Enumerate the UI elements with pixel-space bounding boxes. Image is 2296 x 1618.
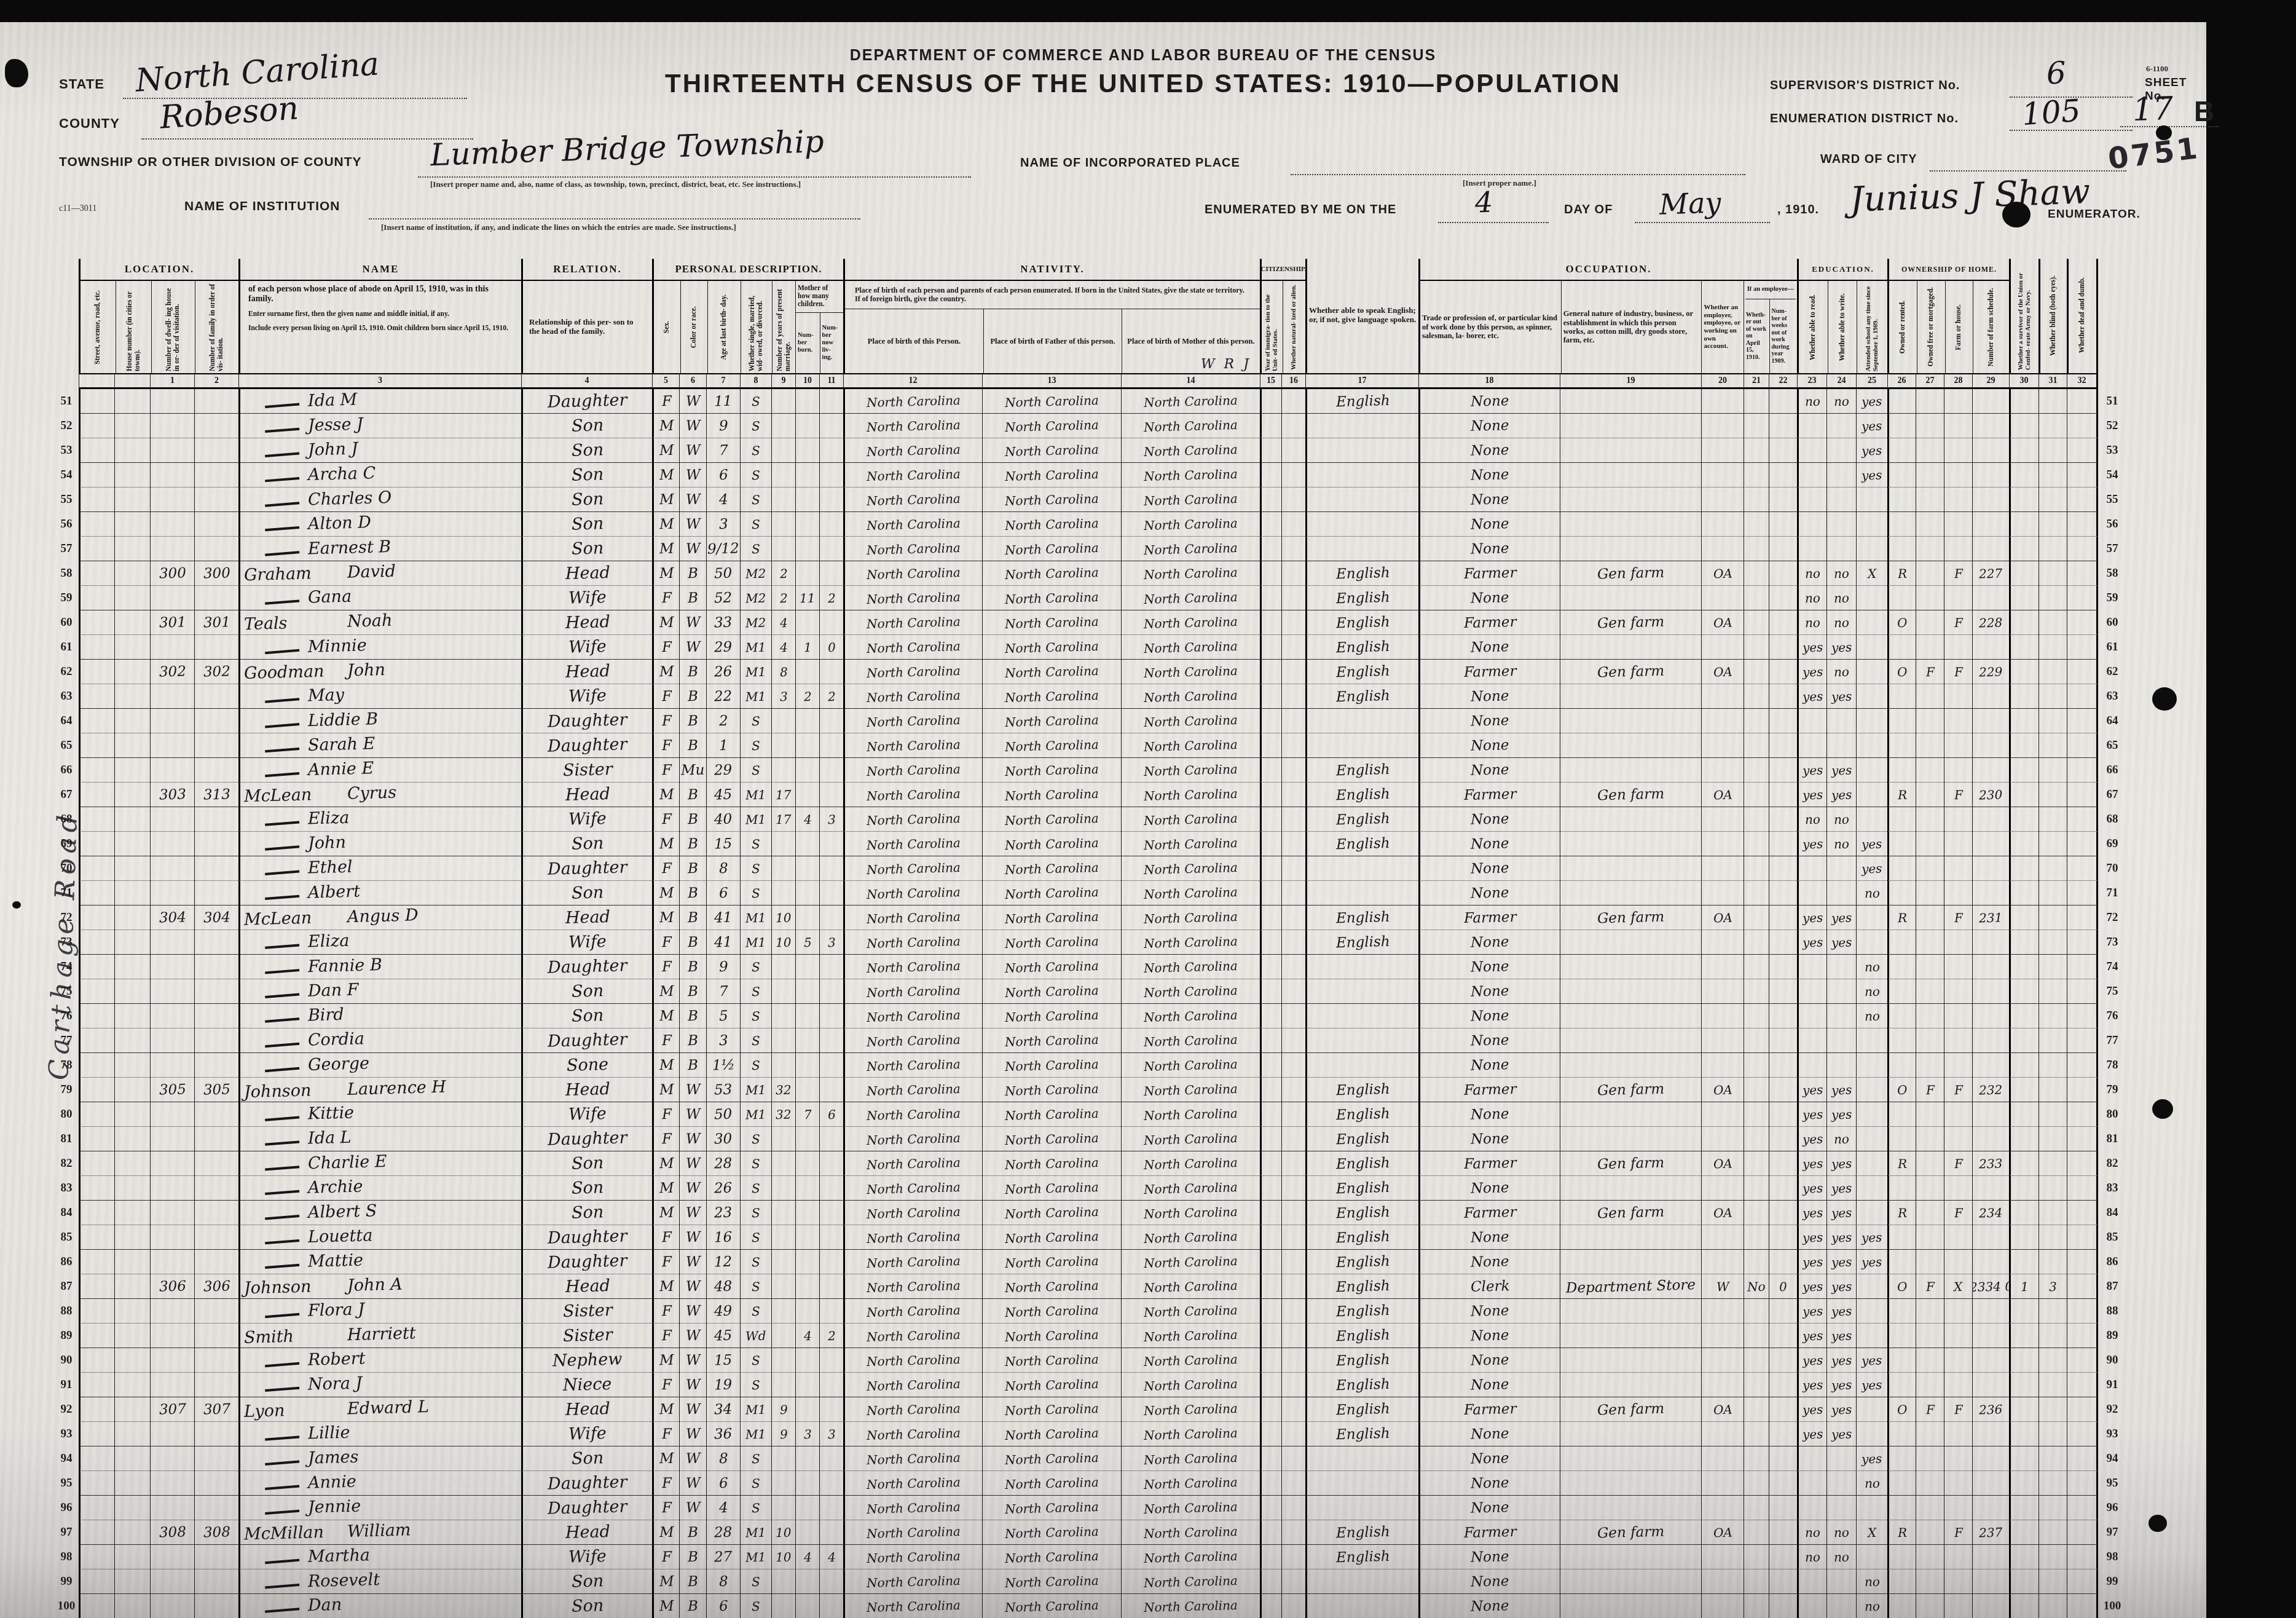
cell-value: 4 xyxy=(779,639,787,654)
cell-yrs xyxy=(771,1176,795,1201)
census-row: 53John JSonMW7SNorth CarolinaNorth Carol… xyxy=(54,438,2126,463)
cell-value: North Carolina xyxy=(1005,1573,1099,1590)
cell-sex: M xyxy=(652,1053,679,1078)
cell-ind xyxy=(1560,1102,1701,1127)
group-location: LOCATION. Street, avenue, road, etc. Hou… xyxy=(79,259,238,373)
cell-emp: W xyxy=(1701,1274,1744,1299)
cell-pf: North Carolina xyxy=(982,906,1121,930)
cell-cb: 7 xyxy=(795,1102,819,1127)
cell-bl xyxy=(2038,1151,2067,1176)
cell-value: F xyxy=(661,737,672,753)
cell-value: English xyxy=(1335,1204,1390,1221)
cell-value: Daughter xyxy=(548,956,627,977)
cell-value: M1 xyxy=(745,1402,766,1417)
cell-value: North Carolina xyxy=(867,1253,961,1271)
cell-deaf xyxy=(2067,1520,2098,1545)
cell-value: North Carolina xyxy=(1005,983,1099,1000)
cell-street xyxy=(79,1004,114,1028)
cell-wr: yes xyxy=(1826,1250,1856,1274)
cell-ow xyxy=(1744,1569,1769,1594)
cell-fam xyxy=(194,414,238,438)
line-number-right: 92 xyxy=(2098,1397,2126,1422)
cell-wr: no xyxy=(1826,807,1856,832)
cell-value: B xyxy=(688,909,699,925)
cell-cl xyxy=(819,758,843,783)
cell-trade: None xyxy=(1418,438,1560,463)
cell-pf: North Carolina xyxy=(982,512,1121,537)
cell-wk xyxy=(1769,1078,1797,1102)
cell-deaf xyxy=(2067,1569,2098,1594)
cell-nat xyxy=(1281,1274,1305,1299)
cell-fr xyxy=(1916,1028,1944,1053)
cell-wk xyxy=(1769,463,1797,487)
cell-value: 302 xyxy=(203,663,230,680)
table-body: 51Ida MDaughterFW11SNorth CarolinaNorth … xyxy=(54,389,2126,1618)
cell-nat xyxy=(1281,930,1305,955)
cell-lang: English xyxy=(1305,1274,1418,1299)
cell-value: North Carolina xyxy=(1005,885,1099,902)
census-row: 90RobertNephewMW15SNorth CarolinaNorth C… xyxy=(54,1348,2126,1373)
ditto-dash xyxy=(265,993,299,998)
sheet-letter: B xyxy=(2194,95,2215,128)
cell-sd xyxy=(1972,1250,2009,1274)
cell-ow xyxy=(1744,1176,1769,1201)
ditto-dash xyxy=(265,1017,299,1022)
cell-ow xyxy=(1744,487,1769,512)
cell-cb: 4 xyxy=(795,1324,819,1348)
cell-rd xyxy=(1797,955,1826,979)
cell-pm: North Carolina xyxy=(1121,733,1260,758)
cell-value: S xyxy=(752,1598,760,1613)
cell-house xyxy=(114,1446,150,1471)
cell-value: Farmer xyxy=(1463,614,1516,631)
cell-value: None xyxy=(1471,1303,1509,1320)
cell-deaf xyxy=(2067,512,2098,537)
line-number-right: 62 xyxy=(2098,660,2126,684)
cell-rel: Wife xyxy=(521,807,652,832)
cell-col: W xyxy=(679,537,706,561)
cell-cb xyxy=(795,1225,819,1250)
cell-value: North Carolina xyxy=(867,1598,961,1615)
cell-emp xyxy=(1701,389,1744,414)
surname: Johnson xyxy=(244,1276,348,1298)
cell-fr xyxy=(1916,1176,1944,1201)
cell-sd xyxy=(1972,733,2009,758)
column-number: 6 xyxy=(679,373,706,389)
cell-yrs xyxy=(771,881,795,906)
ditto-dash xyxy=(265,1067,299,1072)
cell-pob: North Carolina xyxy=(843,979,982,1004)
cell-value: 6 xyxy=(718,467,728,483)
cell-war xyxy=(2009,1594,2038,1618)
cell-sex: M xyxy=(652,1151,679,1176)
cell-value: yes xyxy=(1831,787,1852,802)
cell-own xyxy=(1887,1373,1916,1397)
cell-value: S xyxy=(752,1377,760,1392)
cell-wr xyxy=(1826,955,1856,979)
cell-value: yes xyxy=(1802,762,1823,778)
cell-deaf xyxy=(2067,1397,2098,1422)
cell-sd xyxy=(1972,1496,2009,1520)
cell-age: 50 xyxy=(706,561,740,586)
cell-fr xyxy=(1916,487,1944,512)
ditto-dash xyxy=(265,1584,299,1588)
column-number: 11 xyxy=(819,373,843,389)
cell-nat xyxy=(1281,684,1305,709)
given-name: Charlie E xyxy=(308,1152,387,1173)
cell-fh: F xyxy=(1944,1151,1972,1176)
cell-street xyxy=(79,1151,114,1176)
cell-dw: 306 xyxy=(150,1274,194,1299)
cell-sex: M xyxy=(652,1078,679,1102)
column-number-band: 1234567891011121314151617181920212223242… xyxy=(54,373,2126,389)
cell-street xyxy=(79,1127,114,1151)
cell-yrs xyxy=(771,1373,795,1397)
cell-value: North Carolina xyxy=(1005,1081,1099,1099)
given-name: Earnest B xyxy=(308,537,391,559)
line-number-left: 86 xyxy=(54,1250,79,1274)
cell-value: M1 xyxy=(745,934,766,950)
cell-value: None xyxy=(1471,639,1509,656)
cell-cb xyxy=(795,758,819,783)
cell-pm: North Carolina xyxy=(1121,1250,1260,1274)
cell-pob: North Carolina xyxy=(843,438,982,463)
cell-ow xyxy=(1744,1348,1769,1373)
cell-rel: Wife xyxy=(521,1422,652,1446)
cell-cb: 2 xyxy=(795,684,819,709)
cell-nat xyxy=(1281,856,1305,881)
cell-value: 4 xyxy=(827,1549,835,1564)
cell-name: Bird xyxy=(238,1004,521,1028)
cell-fh xyxy=(1944,1299,1972,1324)
cell-rd: no xyxy=(1797,610,1826,635)
cell-fr: F xyxy=(1916,660,1944,684)
cell-sc xyxy=(1856,1102,1887,1127)
cell-col: W xyxy=(679,1225,706,1250)
cell-nat xyxy=(1281,1446,1305,1471)
cell-value: B xyxy=(688,663,699,679)
cell-value: F xyxy=(1954,566,1963,580)
cell-cl xyxy=(819,1496,843,1520)
cell-pob: North Carolina xyxy=(843,1004,982,1028)
cell-value: no xyxy=(1834,393,1850,409)
cell-street xyxy=(79,1274,114,1299)
line-number-right: 82 xyxy=(2098,1151,2126,1176)
ditto-dash xyxy=(265,428,299,433)
column-number: 9 xyxy=(771,373,795,389)
cell-fh xyxy=(1944,1102,1972,1127)
cell-wr xyxy=(1826,512,1856,537)
cell-nat xyxy=(1281,906,1305,930)
cell-own xyxy=(1887,930,1916,955)
cell-value: O xyxy=(1897,664,1908,679)
cell-trade: None xyxy=(1418,1053,1560,1078)
cell-deaf xyxy=(2067,487,2098,512)
cell-cb xyxy=(795,1299,819,1324)
cell-age: 52 xyxy=(706,586,740,610)
cell-cb xyxy=(795,610,819,635)
cell-value: Gen farm xyxy=(1597,1400,1665,1418)
cell-ind xyxy=(1560,537,1701,561)
cell-lang: English xyxy=(1305,906,1418,930)
cell-ind xyxy=(1560,1299,1701,1324)
cell-rel: Son xyxy=(521,537,652,561)
surname: Lyon xyxy=(244,1400,348,1421)
cell-street xyxy=(79,979,114,1004)
cell-name: Kittie xyxy=(238,1102,521,1127)
cell-value: 33 xyxy=(714,614,733,631)
cell-house xyxy=(114,1397,150,1422)
cell-value: Sister xyxy=(562,1301,613,1321)
cell-cl xyxy=(819,1004,843,1028)
cell-value: yes xyxy=(1862,1377,1882,1392)
cell-value: 48 xyxy=(714,1278,733,1295)
cell-house xyxy=(114,463,150,487)
cell-cb xyxy=(795,1373,819,1397)
cell-lang xyxy=(1305,856,1418,881)
cell-nat xyxy=(1281,512,1305,537)
cell-bl xyxy=(2038,1078,2067,1102)
cell-deaf xyxy=(2067,1078,2098,1102)
cell-value: F xyxy=(661,860,672,876)
cell-name: Annie xyxy=(238,1471,521,1496)
cell-cl xyxy=(819,1373,843,1397)
cell-value: English xyxy=(1335,638,1390,655)
cell-value: B xyxy=(688,885,699,901)
cell-name: John J xyxy=(238,438,521,463)
cell-col: W xyxy=(679,1496,706,1520)
census-row: 80KittieWifeFW50M13276North CarolinaNort… xyxy=(54,1102,2126,1127)
cell-lang: English xyxy=(1305,783,1418,807)
cell-ow xyxy=(1744,1004,1769,1028)
cell-col: W xyxy=(679,1201,706,1225)
ditto-dash xyxy=(265,772,299,777)
cell-dw xyxy=(150,1422,194,1446)
cell-name: Albert xyxy=(238,881,521,906)
cell-age: 15 xyxy=(706,832,740,856)
cell-fam: 301 xyxy=(194,610,238,635)
cell-value: OA xyxy=(1713,1402,1732,1417)
enumerated-day-handwriting: 4 xyxy=(1474,186,1493,219)
cell-name: Lillie xyxy=(238,1422,521,1446)
cell-pf: North Carolina xyxy=(982,1496,1121,1520)
cell-rd xyxy=(1797,1446,1826,1471)
cell-sc: yes xyxy=(1856,1373,1887,1397)
cell-cb xyxy=(795,537,819,561)
cell-dw xyxy=(150,684,194,709)
cell-ow: No xyxy=(1744,1274,1769,1299)
cell-value: 1 xyxy=(2021,1279,2029,1293)
ward-of-city-line xyxy=(1930,170,2126,172)
ditto-dash xyxy=(265,1166,299,1170)
cell-ind xyxy=(1560,1004,1701,1028)
cell-value: yes xyxy=(1831,1303,1852,1319)
cell-value: North Carolina xyxy=(867,491,961,508)
cell-value: M xyxy=(659,1155,674,1172)
cell-house xyxy=(114,1373,150,1397)
line-number-right: 77 xyxy=(2098,1028,2126,1053)
ditto-dash xyxy=(265,1559,299,1564)
cell-pob: North Carolina xyxy=(843,955,982,979)
group-education: EDUCATION. Whether able to read. Whether… xyxy=(1797,259,1887,373)
cell-sd xyxy=(1972,930,2009,955)
cell-value: Head xyxy=(565,612,610,633)
census-row: 87306306JohnsonJohn AHeadMW48SNorth Caro… xyxy=(54,1274,2126,1299)
cell-yrs: 2 xyxy=(771,561,795,586)
cell-lang: English xyxy=(1305,561,1418,586)
cell-war xyxy=(2009,512,2038,537)
cell-value: 5 xyxy=(718,1008,728,1024)
cell-imm xyxy=(1260,1569,1281,1594)
cell-sc: yes xyxy=(1856,389,1887,414)
cell-value: W xyxy=(685,1131,700,1147)
cell-fr xyxy=(1916,1348,1944,1373)
cell-yrs xyxy=(771,1299,795,1324)
cell-age: 6 xyxy=(706,463,740,487)
cell-rd: yes xyxy=(1797,684,1826,709)
cell-value: English xyxy=(1335,1548,1390,1565)
cell-street xyxy=(79,1299,114,1324)
cell-wk xyxy=(1769,1250,1797,1274)
cell-wr: no xyxy=(1826,561,1856,586)
enumeration-district-label: ENUMERATION DISTRICT No. xyxy=(1770,112,1959,126)
cell-bl xyxy=(2038,733,2067,758)
cell-pf: North Carolina xyxy=(982,856,1121,881)
cell-sd xyxy=(1972,438,2009,463)
census-row: 65Sarah EDaughterFB1SNorth CarolinaNorth… xyxy=(54,733,2126,758)
cell-pf: North Carolina xyxy=(982,1151,1121,1176)
ditto-dash xyxy=(265,969,299,974)
cell-value: North Carolina xyxy=(867,1426,961,1443)
census-row: 93LillieWifeFW36M1933North CarolinaNorth… xyxy=(54,1422,2126,1446)
cell-trade: None xyxy=(1418,1496,1560,1520)
given-name: Rosevelt xyxy=(308,1570,380,1591)
cell-value: North Carolina xyxy=(1144,786,1238,803)
ditto-dash xyxy=(265,1239,299,1244)
cell-fh: F xyxy=(1944,610,1972,635)
cell-sex: F xyxy=(652,586,679,610)
line-number-left: 73 xyxy=(54,930,79,955)
cell-value: F xyxy=(661,1327,672,1343)
cell-value: 22 xyxy=(714,688,733,704)
cell-bl xyxy=(2038,586,2067,610)
cell-cb xyxy=(795,1446,819,1471)
cell-wr: yes xyxy=(1826,684,1856,709)
cell-value: Clerk xyxy=(1470,1278,1509,1295)
column-number: 31 xyxy=(2038,373,2067,389)
cell-sd: 227 xyxy=(1972,561,2009,586)
cell-dw xyxy=(150,1102,194,1127)
census-row: 88Flora JSisterFW49SNorth CarolinaNorth … xyxy=(54,1299,2126,1324)
cell-rd: yes xyxy=(1797,1201,1826,1225)
cell-pob: North Carolina xyxy=(843,1127,982,1151)
cell-yrs: 8 xyxy=(771,660,795,684)
line-number-left: 63 xyxy=(54,684,79,709)
cell-wk xyxy=(1769,635,1797,660)
line-number-right: 84 xyxy=(2098,1201,2126,1225)
cell-value: M xyxy=(659,1081,674,1098)
cell-cl xyxy=(819,1569,843,1594)
given-name: Eliza xyxy=(308,808,350,829)
ditto-dash xyxy=(265,1435,299,1440)
cell-own xyxy=(1887,1299,1916,1324)
cell-fam xyxy=(194,635,238,660)
cell-value: North Carolina xyxy=(1005,1401,1099,1418)
cell-value: Son xyxy=(572,1202,604,1222)
cell-street xyxy=(79,1520,114,1545)
cell-value: S xyxy=(752,1156,760,1170)
col-30-block: Whether a survivor of the Union or Confe… xyxy=(2009,259,2038,373)
cell-value: 29 xyxy=(714,762,733,778)
cell-fh: F xyxy=(1944,783,1972,807)
cell-sd xyxy=(1972,414,2009,438)
cell-value: North Carolina xyxy=(1005,467,1099,484)
cell-mar: M2 xyxy=(740,610,771,635)
cell-ow xyxy=(1744,438,1769,463)
cell-own xyxy=(1887,512,1916,537)
cell-war xyxy=(2009,1520,2038,1545)
line-number-left: 61 xyxy=(54,635,79,660)
cell-value: M2 xyxy=(745,566,766,581)
cell-cb: 4 xyxy=(795,1545,819,1569)
cell-imm xyxy=(1260,586,1281,610)
cell-rel: Wife xyxy=(521,635,652,660)
cell-value: North Carolina xyxy=(1005,639,1099,656)
cell-value: English xyxy=(1335,589,1390,606)
cell-value: 7 xyxy=(803,1107,811,1121)
cell-name: Louetta xyxy=(238,1225,521,1250)
cell-own xyxy=(1887,1225,1916,1250)
cell-sc xyxy=(1856,1053,1887,1078)
township-fill-line xyxy=(418,176,971,178)
cell-pob: North Carolina xyxy=(843,1594,982,1618)
cell-street xyxy=(79,1324,114,1348)
cell-own: O xyxy=(1887,660,1916,684)
cell-yrs xyxy=(771,1201,795,1225)
cell-war xyxy=(2009,1569,2038,1594)
column-number: 30 xyxy=(2009,373,2038,389)
cell-value: M xyxy=(659,1598,674,1614)
cell-sd xyxy=(1972,955,2009,979)
line-number-left: 62 xyxy=(54,660,79,684)
cell-col: W xyxy=(679,1250,706,1274)
cell-nat xyxy=(1281,1250,1305,1274)
cell-value: North Carolina xyxy=(867,1081,961,1099)
cell-value: Farmer xyxy=(1463,564,1516,582)
given-name: Dan F xyxy=(308,981,359,1001)
cell-pob: North Carolina xyxy=(843,660,982,684)
cell-value: 0 xyxy=(827,639,835,654)
column-number: 10 xyxy=(795,373,819,389)
cell-cb xyxy=(795,979,819,1004)
cell-fam xyxy=(194,1471,238,1496)
cell-bl xyxy=(2038,389,2067,414)
line-number-right: 58 xyxy=(2098,561,2126,586)
cell-value: no xyxy=(1864,1574,1880,1589)
col-20-label: Whether an employer, employee, or workin… xyxy=(1702,302,1744,352)
cell-street xyxy=(79,1176,114,1201)
cell-nat xyxy=(1281,487,1305,512)
cell-trade: Farmer xyxy=(1418,1151,1560,1176)
cell-pm: North Carolina xyxy=(1121,955,1260,979)
cell-sex: M xyxy=(652,1397,679,1422)
cell-value: no xyxy=(1834,1525,1850,1540)
given-name: Liddie B xyxy=(308,709,379,730)
cell-value: English xyxy=(1335,761,1390,778)
cell-value: F xyxy=(1954,787,1963,802)
cell-war xyxy=(2009,1201,2038,1225)
cell-value: 8 xyxy=(779,664,787,679)
